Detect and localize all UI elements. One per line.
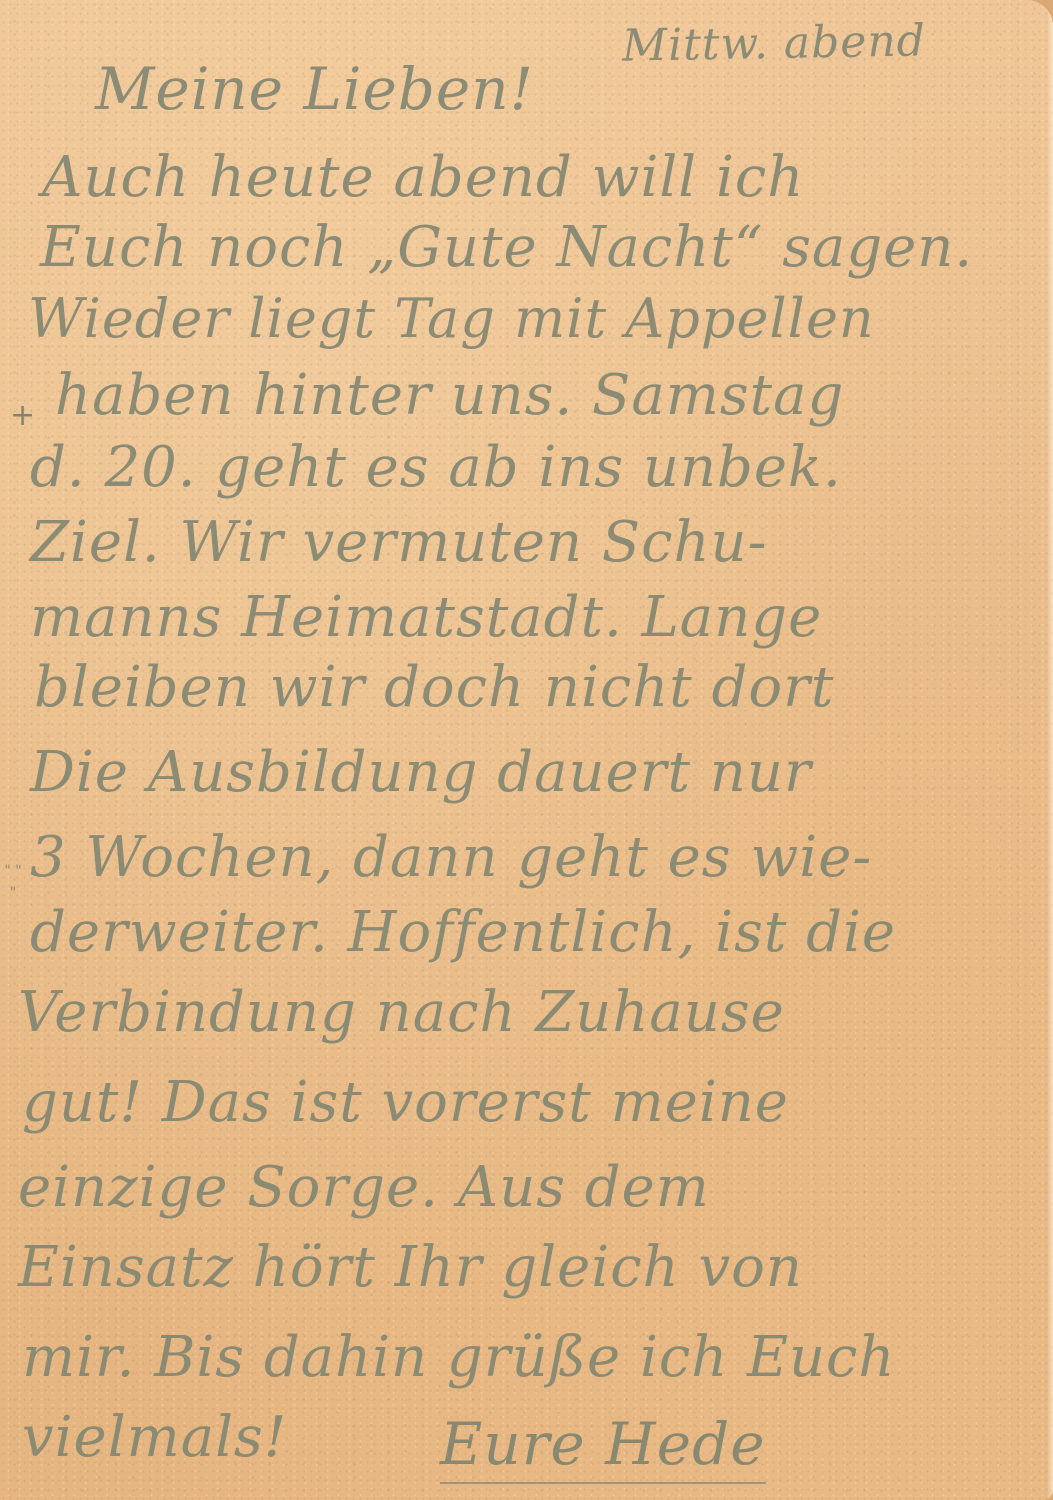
letter-line-12: Verbindung nach Zuhause: [18, 985, 785, 1041]
letter-line-6: Ziel. Wir vermuten Schu-: [30, 515, 768, 571]
signature: Eure Hede: [440, 1410, 766, 1484]
letter-line-7: manns Heimatstadt. Lange: [30, 590, 822, 646]
letter-line-15: Einsatz hört Ihr gleich von: [18, 1240, 803, 1296]
letter-line-4: haben hinter uns. Samstag: [55, 368, 844, 424]
letter-line-17: vielmals!: [22, 1410, 287, 1466]
salutation: Meine Lieben!: [95, 60, 534, 118]
letter-line-1: Auch heute abend will ich: [42, 150, 804, 206]
margin-mark: " " ": [4, 860, 22, 905]
letter-line-11: derweiter. Hoffentlich, ist die: [30, 905, 896, 961]
letter-line-2: Euch noch „Gute Nacht“ sagen.: [40, 220, 973, 276]
dateline: Mittw. abend: [622, 19, 927, 68]
letter-line-16: mir. Bis dahin grüße ich Euch: [22, 1330, 895, 1386]
letter-line-3: Wieder liegt Tag mit Appellen: [28, 292, 875, 346]
letter-line-9: Die Ausbildung dauert nur: [30, 745, 812, 801]
letter-page: Meine Lieben! Mittw. abend Auch heute ab…: [0, 0, 1053, 1500]
plus-mark: +: [10, 398, 35, 433]
letter-line-14: einzige Sorge. Aus dem: [18, 1160, 710, 1216]
letter-line-10: 3 Wochen, dann geht es wie-: [30, 830, 872, 886]
letter-line-8: bleiben wir doch nicht dort: [34, 660, 834, 716]
letter-line-13: gut! Das ist vorerst meine: [22, 1075, 789, 1131]
letter-line-5: d. 20. geht es ab ins unbek.: [30, 440, 842, 496]
